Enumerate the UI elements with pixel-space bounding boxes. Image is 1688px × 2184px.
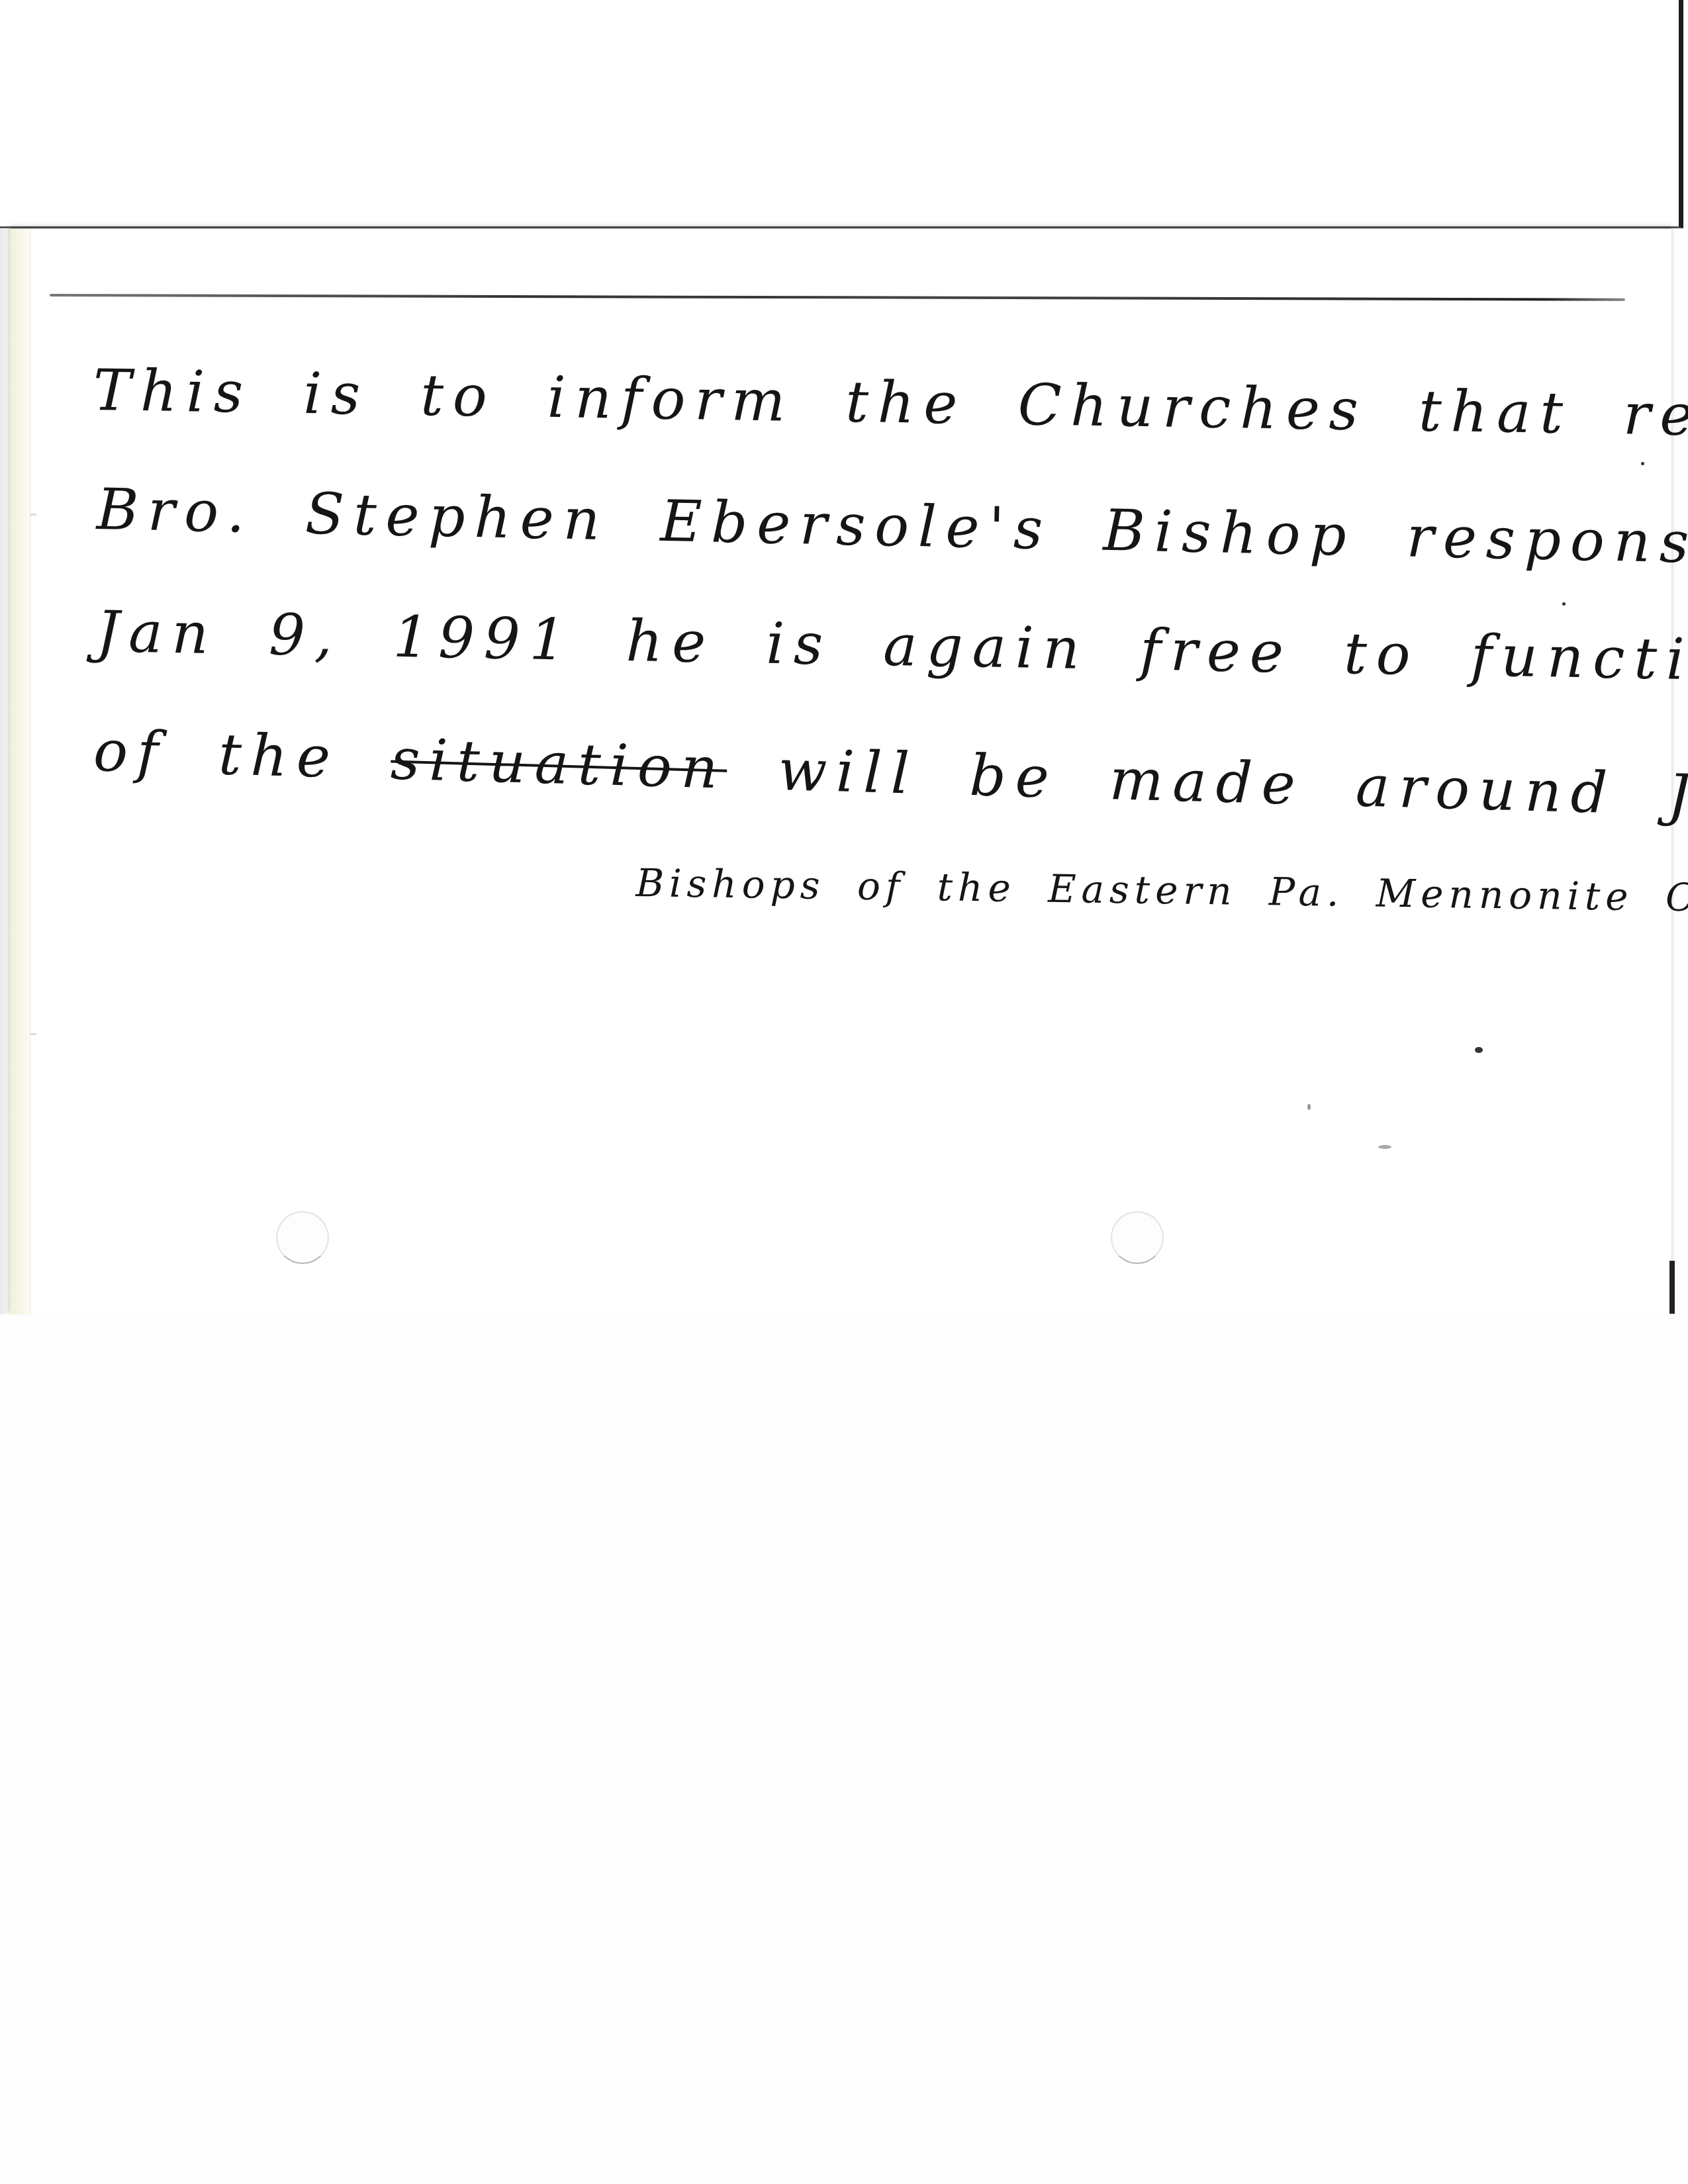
ink-speck — [1307, 1104, 1311, 1110]
right-edge-border — [1669, 1261, 1675, 1314]
ink-speck — [1378, 1145, 1391, 1149]
paper-shadow — [0, 229, 10, 1314]
ink-speck — [1475, 1047, 1483, 1053]
fold-notch — [30, 1033, 36, 1035]
ink-speck — [1562, 602, 1566, 606]
folded-left-edge — [10, 229, 30, 1314]
struck-word: situation — [390, 727, 728, 802]
ink-speck — [1641, 462, 1644, 465]
punch-hole — [276, 1211, 329, 1264]
background-sheet — [0, 0, 1683, 228]
fold-notch — [30, 514, 36, 516]
punch-hole — [1111, 1211, 1164, 1264]
line-4-before: of the — [93, 718, 392, 793]
